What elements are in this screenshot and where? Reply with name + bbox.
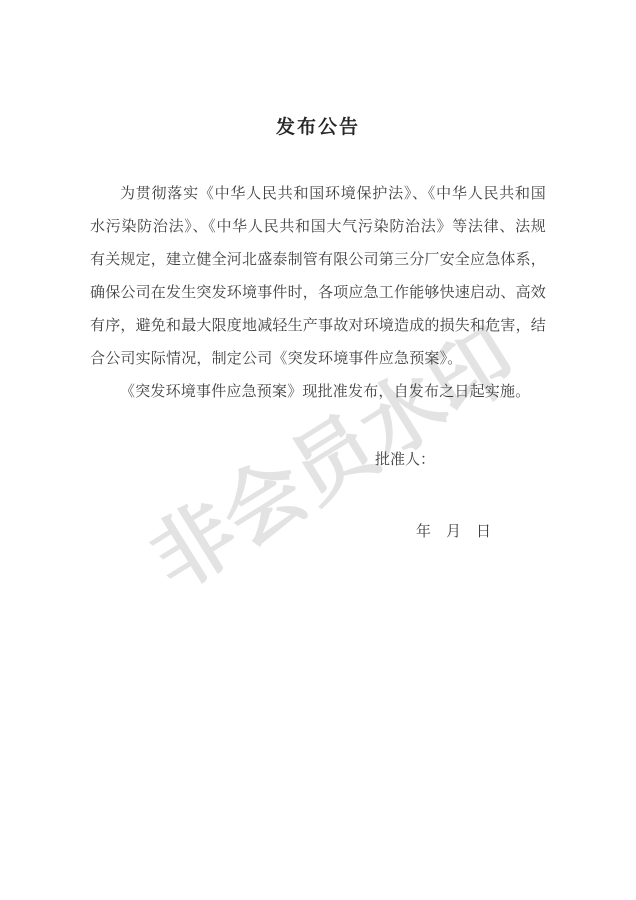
paragraph-line-2: 水污染防治法》、《中华人民共和国大气污染防治法》等法律、法规 <box>90 211 546 244</box>
approver-label: 批准人： <box>375 444 435 477</box>
paragraph-line-1: 为贯彻落实《中华人民共和国环境保护法》、《中华人民共和国 <box>90 178 546 211</box>
paragraph-line-4: 确保公司在发生突发环境事件时，各项应急工作能够快速启动、高效 <box>90 277 546 310</box>
document-page: 非会员水印 发布公告 为贯彻落实《中华人民共和国环境保护法》、《中华人民共和国 … <box>0 0 636 900</box>
paragraph-line-3: 有关规定，建立健全河北盛泰制管有限公司第三分厂安全应急体系， <box>90 244 546 277</box>
paragraph-line-5: 有序，避免和最大限度地减轻生产事故对环境造成的损失和危害，结 <box>90 310 546 343</box>
date-placeholder-line: 年 月 日 <box>416 516 491 549</box>
body-paragraphs: 为贯彻落实《中华人民共和国环境保护法》、《中华人民共和国 水污染防治法》、《中华… <box>90 178 546 409</box>
paragraph-2-line: 《突发环境事件应急预案》现批准发布，自发布之日起实施。 <box>90 376 546 409</box>
document-content: 发布公告 为贯彻落实《中华人民共和国环境保护法》、《中华人民共和国 水污染防治法… <box>0 0 636 900</box>
page-title: 发布公告 <box>0 114 636 142</box>
paragraph-line-6: 合公司实际情况，制定公司《突发环境事件应急预案》。 <box>90 343 546 376</box>
